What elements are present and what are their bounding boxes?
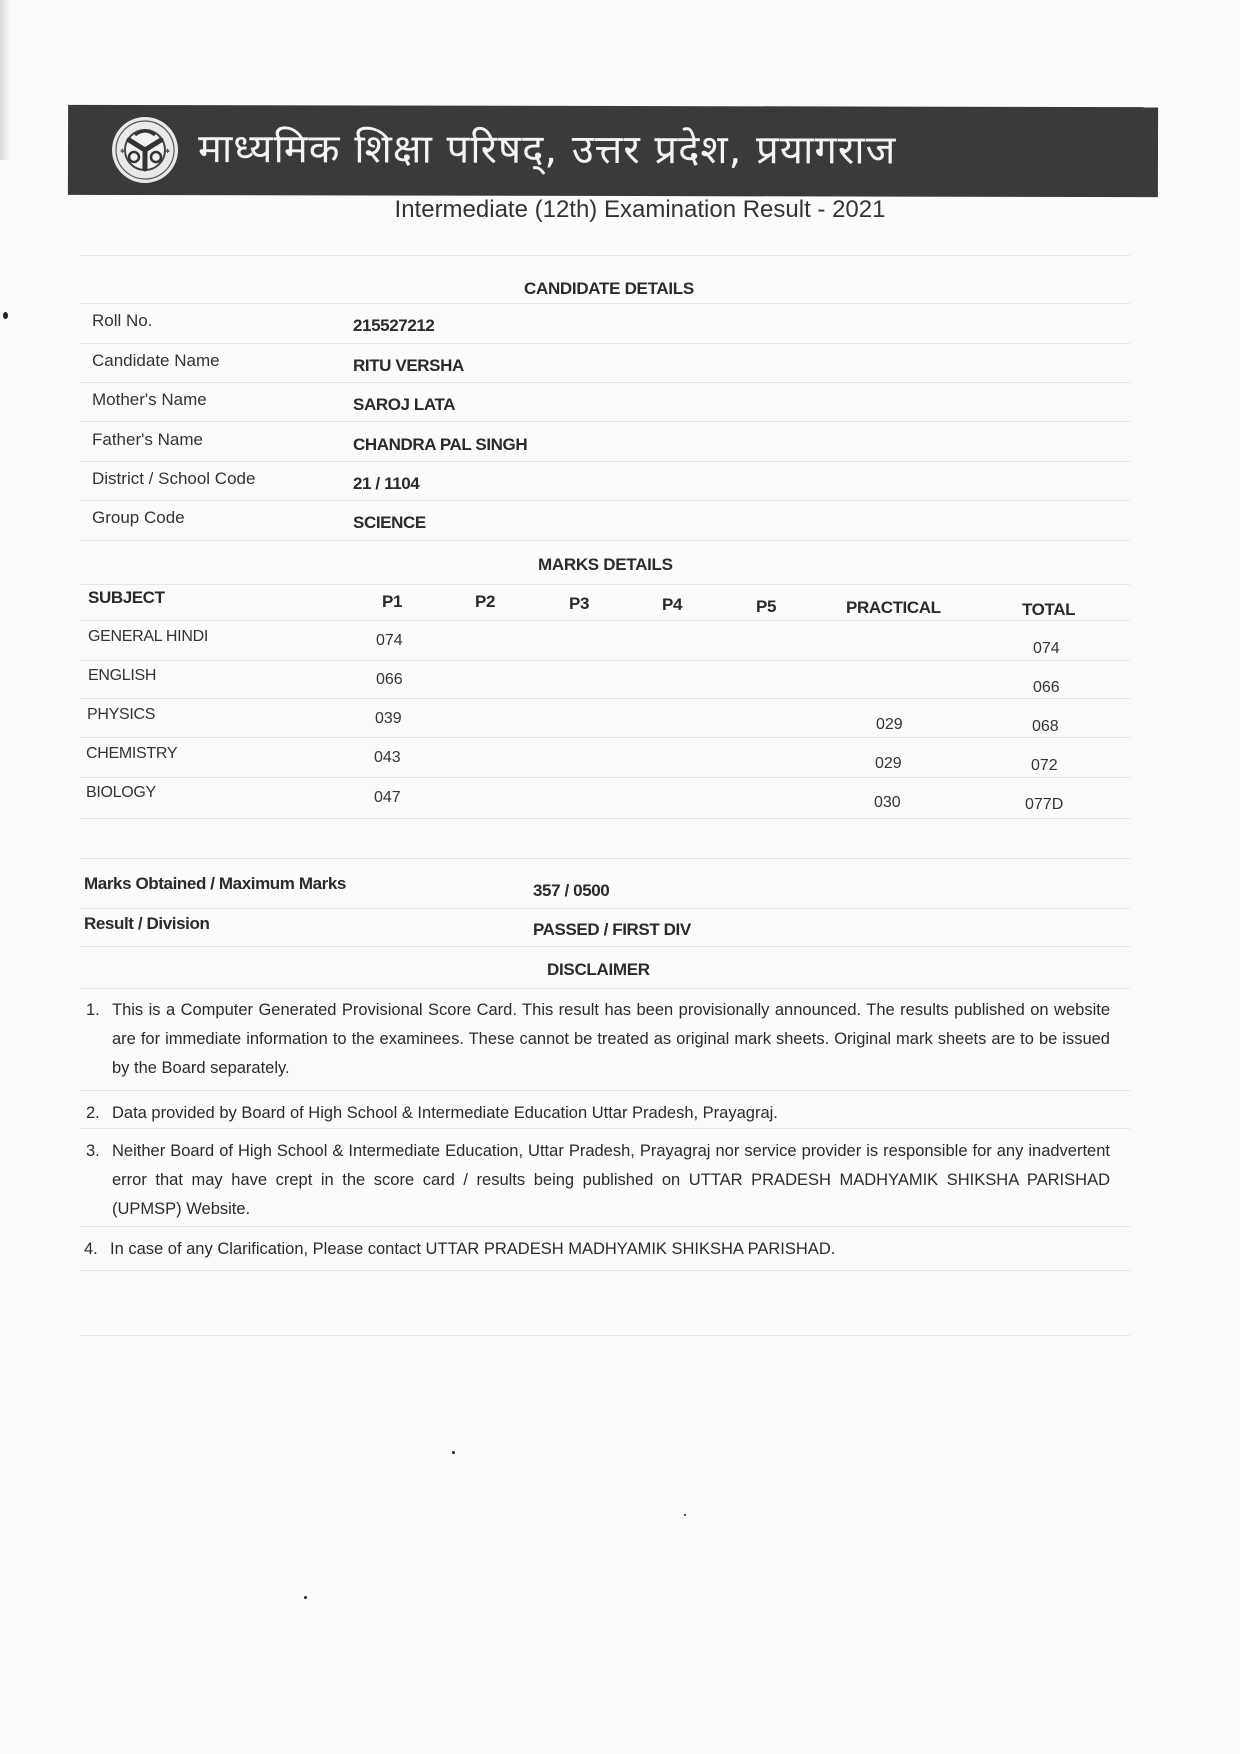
district-school-code-value: 21 / 1104 [353, 474, 419, 494]
total-mark: 066 [1033, 679, 1060, 697]
item-number: 3. [86, 1137, 100, 1166]
divider [80, 698, 1130, 699]
marks-obtained-label: Marks Obtained / Maximum Marks [84, 874, 346, 894]
scan-speck [684, 1514, 686, 1516]
practical-mark: 029 [876, 716, 903, 734]
col-p5: P5 [756, 597, 776, 617]
scan-speck [304, 1596, 307, 1599]
divider [80, 255, 1130, 256]
disclaimer-item: 4. In case of any Clarification, Please … [84, 1235, 1108, 1264]
result-division-value: PASSED / FIRST DIV [533, 920, 691, 940]
scan-edge-shadow [0, 0, 10, 160]
p1-mark: 043 [374, 749, 401, 767]
divider [80, 382, 1130, 383]
svg-text:✱: ✱ [120, 148, 125, 155]
header-banner: ✱ ✱ माध्यमिक शिक्षा परिषद्, उत्तर प्रदेश… [68, 105, 1158, 197]
divider [80, 540, 1130, 541]
marks-obtained-value: 357 / 0500 [533, 881, 609, 901]
p1-mark: 066 [376, 671, 403, 689]
board-title: माध्यमिक शिक्षा परिषद्, उत्तर प्रदेश, प्… [198, 119, 896, 175]
subject-name: PHYSICS [87, 706, 155, 724]
scan-speck [3, 312, 8, 319]
disclaimer-item: 1. This is a Computer Generated Provisio… [86, 996, 1110, 1083]
divider [80, 1335, 1130, 1336]
divider [80, 421, 1130, 422]
divider [80, 584, 1130, 585]
result-subtitle: Intermediate (12th) Examination Result -… [0, 196, 1240, 224]
candidate-details-heading: CANDIDATE DETAILS [524, 279, 694, 299]
divider [80, 858, 1130, 859]
divider [80, 1090, 1130, 1091]
divider [80, 946, 1130, 947]
total-mark: 074 [1033, 640, 1060, 658]
divider [80, 1128, 1130, 1129]
svg-text:✱: ✱ [165, 148, 170, 155]
divider [80, 1270, 1130, 1271]
item-text: Data provided by Board of High School & … [112, 1099, 1110, 1128]
divider [80, 343, 1130, 344]
district-school-code-label: District / School Code [92, 469, 255, 489]
col-p3: P3 [569, 594, 589, 614]
col-p2: P2 [475, 592, 495, 612]
col-subject: SUBJECT [88, 588, 165, 608]
divider [80, 500, 1130, 501]
result-division-label: Result / Division [84, 914, 209, 934]
disclaimer-heading: DISCLAIMER [547, 960, 650, 980]
divider [80, 777, 1130, 778]
divider [80, 988, 1130, 989]
subject-name: CHEMISTRY [86, 745, 177, 763]
fathers-name-value: CHANDRA PAL SINGH [353, 435, 527, 455]
candidate-name-label: Candidate Name [92, 351, 220, 371]
group-code-value: SCIENCE [353, 513, 426, 533]
divider [80, 303, 1130, 304]
divider [80, 818, 1130, 819]
subject-name: ENGLISH [88, 667, 156, 685]
fathers-name-label: Father's Name [92, 430, 203, 450]
total-mark: 077D [1025, 796, 1063, 814]
divider [80, 620, 1130, 621]
mothers-name-value: SAROJ LATA [353, 395, 455, 415]
item-text: This is a Computer Generated Provisional… [112, 996, 1110, 1083]
item-number: 2. [86, 1099, 100, 1128]
disclaimer-item: 2. Data provided by Board of High School… [86, 1099, 1110, 1128]
group-code-label: Group Code [92, 508, 185, 528]
roll-no-value: 215527212 [353, 316, 435, 336]
scan-speck [452, 1451, 455, 1454]
mothers-name-label: Mother's Name [92, 390, 207, 410]
marks-details-heading: MARKS DETAILS [538, 555, 673, 575]
roll-no-label: Roll No. [92, 311, 152, 331]
item-text: Neither Board of High School & Intermedi… [112, 1137, 1110, 1224]
total-mark: 068 [1032, 718, 1059, 736]
practical-mark: 029 [875, 755, 902, 773]
total-mark: 072 [1031, 757, 1058, 775]
p1-mark: 047 [374, 789, 401, 807]
divider [80, 737, 1130, 738]
disclaimer-item: 3. Neither Board of High School & Interm… [86, 1137, 1110, 1224]
col-practical: PRACTICAL [846, 598, 941, 618]
subject-name: BIOLOGY [86, 784, 156, 802]
divider [80, 461, 1130, 462]
divider [80, 660, 1130, 661]
col-total: TOTAL [1022, 600, 1075, 620]
col-p1: P1 [382, 592, 402, 612]
item-number: 1. [86, 996, 100, 1025]
p1-mark: 074 [376, 632, 403, 650]
candidate-name-value: RITU VERSHA [353, 356, 464, 376]
practical-mark: 030 [874, 794, 901, 812]
divider [80, 1226, 1130, 1227]
item-number: 4. [84, 1235, 98, 1264]
subject-name: GENERAL HINDI [88, 628, 208, 646]
upmsp-emblem-icon: ✱ ✱ [110, 115, 180, 185]
item-text: In case of any Clarification, Please con… [110, 1235, 1108, 1264]
divider [80, 908, 1130, 909]
p1-mark: 039 [375, 710, 402, 728]
col-p4: P4 [662, 595, 682, 615]
